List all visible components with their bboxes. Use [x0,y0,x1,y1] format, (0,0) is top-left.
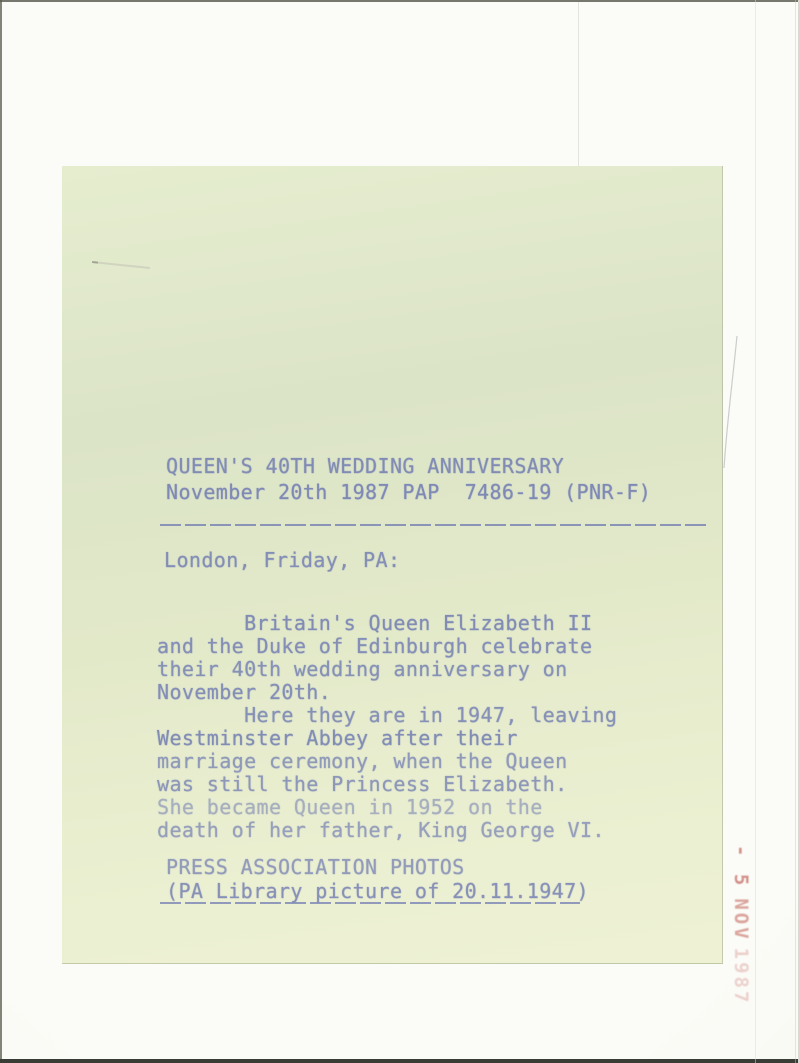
header-divider-line [160,524,708,526]
caption-header-line1: QUEEN'S 40TH WEDDING ANNIVERSARY [166,455,564,478]
body-line: Here they are in 1947, leaving [157,704,617,727]
library-credit: (PA Library picture of 20.11.1947) [166,880,589,903]
body-line: their 40th wedding anniversary on [157,658,568,681]
scanner-streak [795,0,796,1063]
scan-left-edge [0,0,2,1063]
stamp-month: NOV [730,898,752,941]
body-line: death of her father, King George VI. [157,819,605,842]
dateline: London, Friday, PA: [164,549,400,572]
body-line: She became Queen in 1952 on the [157,796,543,819]
date-stamp: - 5NOV1987 [730,845,752,1015]
stamp-day: - 5 [730,845,752,888]
body-line: Britain's Queen Elizabeth II [157,612,592,635]
hairline-crease [718,332,744,472]
credit-underline [160,902,580,904]
body-line: was still the Princess Elizabeth. [157,773,568,796]
body-line: Westminster Abbey after their [157,727,518,750]
photo-back-scan: QUEEN'S 40TH WEDDING ANNIVERSARY Novembe… [0,0,800,1063]
body-line: and the Duke of Edinburgh celebrate [157,635,592,658]
agency-name: PRESS ASSOCIATION PHOTOS [166,856,465,879]
stamp-year: 1987 [730,948,752,1006]
body-line: marriage ceremony, when the Queen [157,750,568,773]
body-line: November 20th. [157,681,331,704]
caption-header-line2: November 20th 1987 PAP 7486-19 (PNR-F) [166,481,651,504]
scan-top-edge [0,0,800,2]
scanner-streak [578,2,579,172]
scanner-streak [755,0,756,1063]
scan-bottom-edge [0,1059,800,1063]
